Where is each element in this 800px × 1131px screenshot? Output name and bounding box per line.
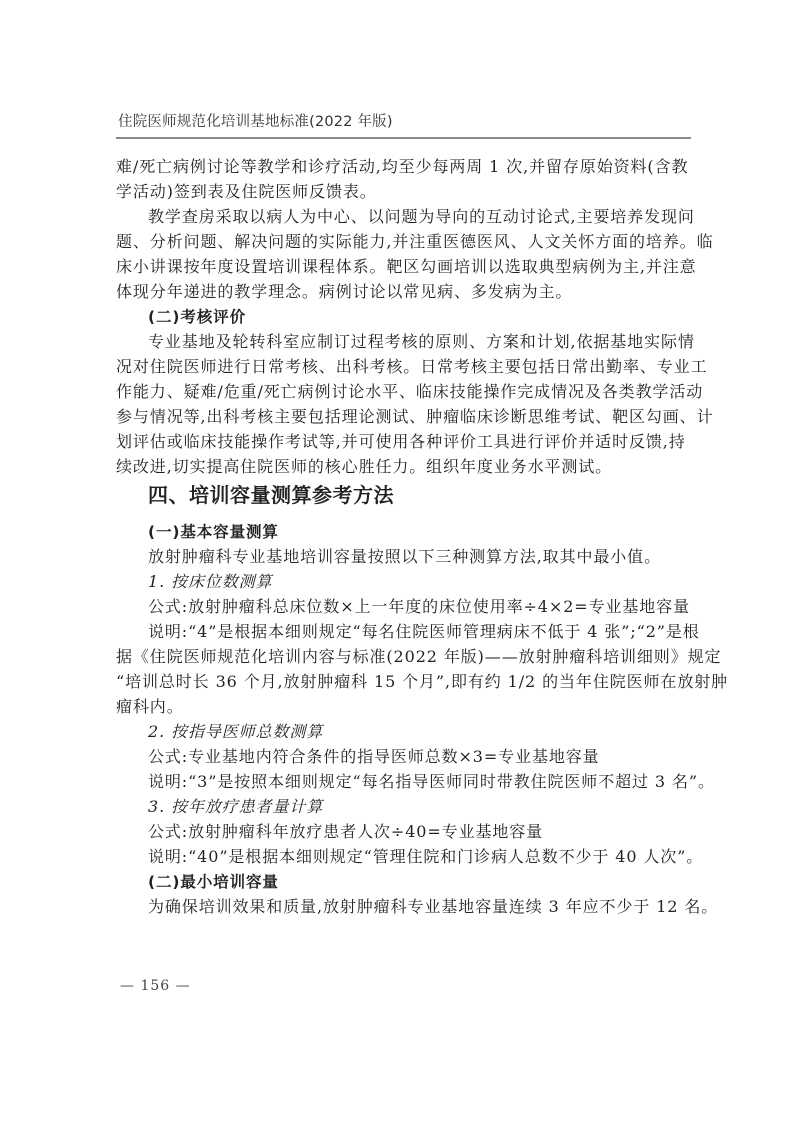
subsection-heading: (二)最小培训容量 bbox=[148, 871, 279, 893]
text-line: 为确保培训效果和质量,放射肿瘤科专业基地容量连续 3 年应不少于 12 名。 bbox=[148, 896, 718, 918]
text-line: 况对住院医师进行日常考核、出科考核。日常考核主要包括日常出勤率、专业工 bbox=[116, 356, 708, 378]
document-page: 住院医师规范化培训基地标准(2022 年版) 难/死亡病例讨论等教学和诊疗活动,… bbox=[0, 0, 800, 1131]
text-line: 公式:放射肿瘤科年放疗患者人次÷40=专业基地容量 bbox=[148, 821, 543, 843]
text-line: 据《住院医师规范化培训内容与标准(2022 年版)——放射肿瘤科培训细则》规定 bbox=[116, 646, 721, 668]
text-line: 专业基地及轮转科室应制订过程考核的原则、方案和计划,依据基地实际情 bbox=[148, 331, 695, 353]
text-line: 说明:“40”是根据本细则规定“管理住院和门诊病人总数不少于 40 人次”。 bbox=[148, 846, 703, 868]
text-line: 瘤科内。 bbox=[116, 696, 184, 718]
text-line: 1. 按床位数测算 bbox=[148, 571, 272, 593]
running-header: 住院医师规范化培训基地标准(2022 年版) bbox=[118, 110, 393, 131]
text-line: 说明:“3”是按照本细则规定“每名指导医师同时带教住院医师不超过 3 名”。 bbox=[148, 771, 715, 793]
text-line: 说明:“4”是根据本细则规定“每名住院医师管理病床不低于 4 张”;“2”是根 bbox=[148, 621, 700, 643]
text-line: 3. 按年放疗患者量计算 bbox=[148, 796, 323, 818]
text-line: 作能力、疑难/危重/死亡病例讨论水平、临床技能操作完成情况及各类教学活动 bbox=[116, 381, 703, 403]
text-line: 2. 按指导医师总数测算 bbox=[148, 721, 323, 743]
text-line: “培训总时长 36 个月,放射肿瘤科 15 个月”,即有约 1/2 的当年住院医… bbox=[116, 671, 728, 693]
section-heading: 四、培训容量测算参考方法 bbox=[148, 484, 394, 506]
header-rule bbox=[116, 137, 691, 139]
text-line: 床小讲课按年度设置培训课程体系。靶区勾画培训以选取典型病例为主,并注意 bbox=[116, 256, 697, 278]
text-line: 学活动)签到表及住院医师反馈表。 bbox=[116, 181, 377, 203]
text-line: 题、分析问题、解决问题的实际能力,并注重医德医风、人文关怀方面的培养。临 bbox=[116, 231, 714, 253]
text-line: 参与情况等,出科考核主要包括理论测试、肿瘤临床诊断思维考试、靶区勾画、计 bbox=[116, 406, 714, 428]
text-line: 体现分年递进的教学理念。病例讨论以常见病、多发病为主。 bbox=[116, 281, 572, 303]
text-line: 公式:专业基地内符合条件的指导医师总数×3=专业基地容量 bbox=[148, 746, 600, 768]
text-line: 划评估或临床技能操作考试等,并可使用各种评价工具进行评价并适时反馈,持 bbox=[116, 431, 686, 453]
text-line: 教学查房采取以病人为中心、以问题为导向的互动讨论式,主要培养发现问 bbox=[148, 206, 695, 228]
text-line: 公式:放射肿瘤科总床位数×上一年度的床位使用率÷4×2=专业基地容量 bbox=[148, 596, 690, 618]
subsection-heading: (二)考核评价 bbox=[148, 306, 246, 328]
text-line: 续改进,切实提高住院医师的核心胜任力。组织年度业务水平测试。 bbox=[116, 456, 612, 478]
text-line: 放射肿瘤科专业基地培训容量按照以下三种测算方法,取其中最小值。 bbox=[148, 546, 661, 568]
text-line: 难/死亡病例讨论等教学和诊疗活动,均至少每两周 1 次,并留存原始资料(含教 bbox=[116, 156, 688, 178]
subsection-heading: (一)基本容量测算 bbox=[148, 521, 279, 543]
page-number: — 156 — bbox=[120, 978, 191, 994]
